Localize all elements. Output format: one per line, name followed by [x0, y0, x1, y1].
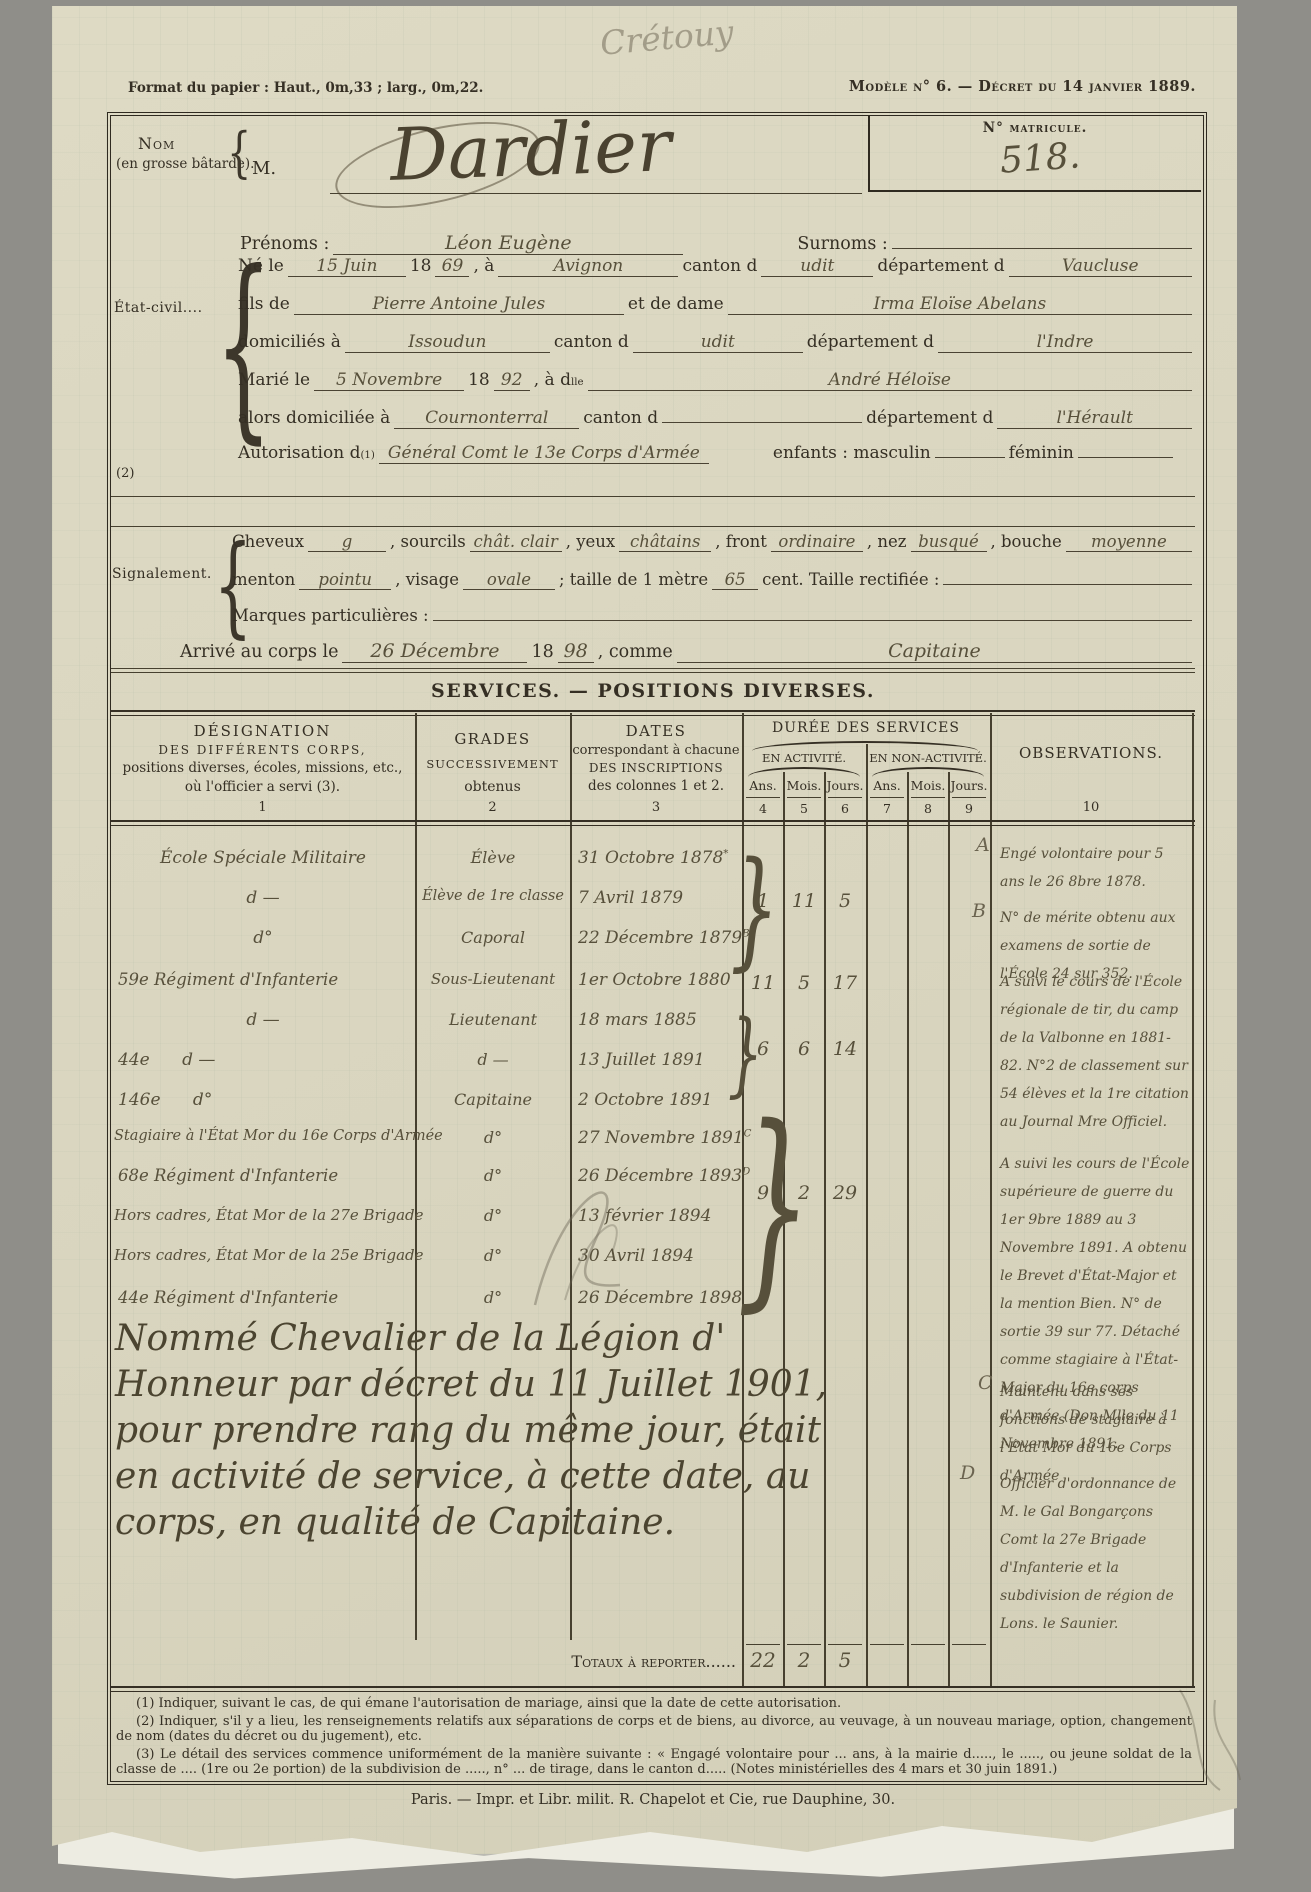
totaux-label: Totaux à reporter...... — [440, 1652, 736, 1671]
arrive-date-value: 26 Décembre — [342, 640, 527, 663]
marriage-year-value: 92 — [494, 370, 530, 391]
header-num-10: 10 — [990, 800, 1192, 815]
dur4-ans: 9 — [744, 1182, 782, 1204]
row-date-6-text: 13 Juillet 1891 — [578, 1050, 705, 1070]
title-rule-a — [111, 668, 1195, 669]
header-duree: DURÉE DES SERVICES — [742, 720, 990, 736]
birth-date-value: 15 Juin — [288, 256, 406, 277]
taille-value: 65 — [712, 570, 758, 590]
dur4-jours: 29 — [826, 1182, 864, 1204]
sourcils-value: chât. clair — [470, 532, 562, 552]
header-grades-l1: GRADES — [415, 730, 570, 748]
row-corps-3: d° — [118, 928, 408, 948]
margin-mark-C: C — [978, 1372, 993, 1394]
row-corps-11: Hors cadres, État Mor de la 25e Brigade — [114, 1246, 414, 1264]
visage-value: ovale — [463, 570, 555, 590]
departement-value-3: l'Hérault — [997, 408, 1192, 429]
row-grade-1: Élève — [418, 848, 568, 867]
sub-rule-1 — [746, 797, 780, 798]
arrive-label: Arrivé au corps le — [180, 642, 338, 662]
ne-a-label: , à — [473, 256, 494, 276]
feminin-label: féminin — [1009, 443, 1074, 463]
footnotes-top-rule — [111, 1686, 1195, 1692]
surnoms-blank — [892, 248, 1192, 249]
note-line-2: Honneur par décret du 11 Juillet 1901, — [115, 1362, 827, 1408]
sub-rule-3 — [828, 797, 862, 798]
row-corps-1: École Spéciale Militaire — [118, 848, 408, 868]
row-date-7: 2 Octobre 1891 — [578, 1090, 712, 1110]
a-dlle-label: , à d — [534, 370, 571, 390]
tot-rule-3 — [828, 1644, 862, 1645]
matricule-label: N° matricule. — [880, 120, 1190, 136]
spouse-name-value: André Héloïse — [588, 370, 1193, 391]
services-title: SERVICES. — POSITIONS DIVERSES. — [107, 680, 1199, 702]
sub-num-5: 5 — [784, 801, 824, 816]
yeux-label: , yeux — [566, 532, 616, 551]
pencil-flourish — [505, 1140, 655, 1320]
taille-label: ; taille de 1 mètre — [559, 570, 708, 589]
obs-paragraph-3: A suivi le cours de l'École régionale de… — [1000, 968, 1192, 1136]
header-dates-l2: correspondant à chacune — [570, 743, 742, 758]
nom-brace — [227, 126, 251, 180]
tot-rule-4 — [870, 1644, 904, 1645]
printer-imprint: Paris. — Impr. et Libr. milit. R. Chapel… — [107, 1792, 1199, 1808]
canton-label-2: canton d — [554, 332, 629, 352]
header-designation: DÉSIGNATION DES DIFFÉRENTS CORPS, positi… — [110, 722, 415, 795]
menton-label: menton — [232, 570, 295, 589]
father-name-value: Pierre Antoine Jules — [294, 294, 624, 315]
dur4-mois: 2 — [785, 1182, 823, 1204]
row-date-1-mark: * — [723, 848, 728, 859]
header-designation-l1: DÉSIGNATION — [110, 722, 415, 740]
row-grade-5: Lieutenant — [418, 1010, 568, 1029]
header-dates: DATES correspondant à chacune DES INSCRI… — [570, 722, 742, 794]
obs-paragraph-6: Officier d'ordonnance de M. le Gal Bonga… — [1000, 1470, 1192, 1638]
row-corps-12: 44e Régiment d'Infanterie — [118, 1288, 414, 1307]
dur2-jours: 17 — [826, 972, 864, 994]
feminin-blank — [1078, 457, 1173, 458]
birth-place-value: Avignon — [498, 256, 678, 277]
paper-format-label: Format du papier : Haut., 0m,33 ; larg.,… — [128, 80, 483, 96]
row-date-4: 1er Octobre 1880 — [578, 970, 731, 990]
modele-label: Modèle n° 6. — Décret du 14 janvier 1889… — [700, 78, 1196, 95]
header-designation-l4: où l'officier a servi (3). — [110, 779, 415, 795]
row-date-2-text: 7 Avril 1879 — [578, 888, 683, 908]
sub-rule-5 — [911, 797, 945, 798]
birth-year-value: 69 — [435, 256, 469, 277]
sub-jours-2: Jours. — [949, 778, 989, 793]
duration-brace-3 — [737, 1098, 812, 1313]
row-corps-5: d — — [118, 1010, 408, 1030]
bouche-value: moyenne — [1066, 532, 1192, 552]
header-dates-l3: DES INSCRIPTIONS — [570, 761, 742, 775]
section-rule-1 — [111, 496, 1195, 497]
departement-label-1: département d — [877, 256, 1004, 276]
arrive-grade-value: Capitaine — [677, 640, 1192, 663]
totaux-mois: 2 — [785, 1648, 823, 1672]
alors-domiciliee-label: alors domiciliée à — [238, 408, 390, 428]
autorisation-value: Général Comt le 13e Corps d'Armée — [379, 443, 709, 464]
fils-de-label: fils de — [238, 294, 290, 314]
canton-label-1: canton d — [682, 256, 757, 276]
front-value: ordinaire — [771, 532, 863, 552]
row-grade-7: Capitaine — [418, 1090, 568, 1109]
header-num-2: 2 — [415, 800, 570, 815]
departement-value-2: l'Indre — [938, 332, 1192, 353]
header-dates-l4: des colonnes 1 et 2. — [570, 778, 742, 794]
departement-label-3: département d — [866, 408, 993, 428]
departement-value-1: Vaucluse — [1009, 256, 1192, 277]
title-rule-b — [111, 672, 1195, 673]
margin-mark-D: D — [960, 1462, 975, 1484]
cheveux-value: g — [308, 532, 386, 552]
etat-civil-label: État-civil.... — [114, 300, 203, 316]
signalement-label: Signalement. — [112, 566, 212, 582]
cheveux-label: Cheveux — [232, 532, 304, 551]
autorisation-sup: (1) — [360, 450, 374, 461]
row-grade-6: d — — [418, 1050, 568, 1069]
legion-honneur-note: Nommé Chevalier de la Légion d' Honneur … — [115, 1316, 827, 1546]
row-date-4-text: 1er Octobre 1880 — [578, 970, 731, 990]
footnote-1: (1) Indiquer, suivant le cas, de qui éma… — [116, 1696, 1192, 1712]
row-date-3: 22 Décembre 1879B — [578, 928, 750, 948]
dlle-sup: lle — [571, 377, 584, 388]
marie-le-label: Marié le — [238, 370, 310, 390]
sub-num-7: 7 — [867, 801, 907, 816]
front-label: , front — [715, 532, 767, 551]
enfants-masculin-label: enfants : masculin — [773, 443, 931, 463]
header-num-3: 3 — [570, 800, 742, 815]
section-rule-2 — [111, 526, 1195, 527]
autorisation-label: Autorisation d — [238, 443, 360, 463]
sub-num-4: 4 — [743, 801, 783, 816]
totaux-jours: 5 — [826, 1648, 864, 1672]
margin-mark-A: A — [976, 834, 990, 856]
nez-value: busqué — [911, 532, 987, 552]
row-corps-6: 44e d — — [118, 1050, 414, 1070]
margin-mark-B: B — [972, 900, 986, 922]
ne-year-prefix: 18 — [410, 256, 432, 276]
totaux-ans: 22 — [744, 1648, 782, 1672]
footnote-3: (3) Le détail des services commence unif… — [116, 1747, 1192, 1778]
visage-label: , visage — [395, 570, 459, 589]
sub-num-9: 9 — [949, 801, 989, 816]
dur3-jours: 14 — [826, 1038, 864, 1060]
departement-label-2: département d — [807, 332, 934, 352]
marques-blank — [433, 620, 1192, 621]
sub-ans-2: Ans. — [867, 778, 907, 793]
tot-rule-5 — [911, 1644, 945, 1645]
sub-rule-6 — [952, 797, 986, 798]
row-date-6: 13 Juillet 1891 — [578, 1050, 705, 1070]
row-grade-2: Élève de 1re classe — [418, 888, 568, 904]
col-line-8 — [948, 772, 950, 1688]
col-line-10 — [1192, 713, 1194, 1688]
surnoms-label: Surnoms : — [797, 234, 887, 254]
menton-value: pointu — [299, 570, 391, 590]
col-line-9 — [990, 713, 992, 1688]
header-grades-l2: SUCCESSIVEMENT — [415, 757, 570, 771]
taille-rectifiee-label: cent. Taille rectifiée : — [762, 570, 939, 589]
footnotes: (1) Indiquer, suivant le cas, de qui éma… — [116, 1696, 1192, 1780]
col-line-7 — [907, 772, 909, 1688]
dur2-ans: 11 — [744, 972, 782, 994]
footnote-2: (2) Indiquer, s'il y a lieu, les renseig… — [116, 1714, 1192, 1745]
row-date-7-text: 2 Octobre 1891 — [578, 1090, 712, 1110]
mother-name-value: Irma Eloïse Abelans — [728, 294, 1192, 315]
sub-num-8: 8 — [908, 801, 948, 816]
obs-paragraph-1: Engé volontaire pour 5 ans le 26 8bre 18… — [1000, 840, 1192, 896]
sub-mois-2: Mois. — [908, 778, 948, 793]
masculin-blank — [935, 457, 1005, 458]
marriage-date-value: 5 Novembre — [314, 370, 464, 391]
note2-ref: (2) — [116, 466, 134, 481]
tot-rule-1 — [746, 1644, 780, 1645]
header-activite: EN ACTIVITÉ. — [742, 751, 866, 765]
domicile-value: Issoudun — [345, 332, 550, 353]
dur3-ans: 6 — [744, 1038, 782, 1060]
row-grade-4: Sous-Lieutenant — [418, 970, 568, 988]
row-corps-8: Stagiaire à l'État Mor du 16e Corps d'Ar… — [114, 1128, 414, 1144]
yeux-value: châtains — [619, 532, 711, 552]
dur3-mois: 6 — [785, 1038, 823, 1060]
canton-value-2: udit — [633, 332, 803, 353]
header-non-activite: EN NON-ACTIVITÉ. — [866, 751, 990, 765]
nom-label: Nom — [138, 134, 175, 153]
header-grades: GRADES SUCCESSIVEMENT obtenus — [415, 730, 570, 795]
sub-rule-4 — [870, 797, 904, 798]
dur2-mois: 5 — [785, 972, 823, 994]
col-line-6 — [866, 744, 868, 1688]
dur1-jours: 5 — [826, 890, 864, 912]
domicilies-label: domiciliés à — [238, 332, 341, 352]
prenoms-value: Léon Eugène — [333, 232, 683, 255]
taille-rectifiee-blank — [943, 584, 1192, 585]
header-grades-l3: obtenus — [415, 779, 570, 795]
note-line-3: pour prendre rang du même jour, était — [115, 1408, 827, 1454]
row-corps-4: 59e Régiment d'Infanterie — [118, 970, 414, 989]
header-bottom-rule — [111, 820, 1195, 826]
bouche-label: , bouche — [991, 532, 1062, 551]
row-date-1-text: 31 Octobre 1878 — [578, 848, 723, 868]
row-corps-9: 68e Régiment d'Infanterie — [118, 1166, 414, 1185]
header-num-1: 1 — [110, 800, 415, 815]
et-de-dame-label: et de dame — [628, 294, 724, 314]
sub-num-6: 6 — [825, 801, 865, 816]
arrive-year-prefix: 18 — [531, 642, 553, 662]
row-date-1: 31 Octobre 1878* — [578, 848, 728, 868]
tot-rule-6 — [952, 1644, 986, 1645]
dur1-mois: 11 — [785, 890, 823, 912]
marie-year-prefix: 18 — [468, 370, 490, 390]
sub-jours-1: Jours. — [825, 778, 865, 793]
sub-rule-2 — [787, 797, 821, 798]
nez-label: , nez — [867, 532, 907, 551]
header-designation-l2: DES DIFFÉRENTS CORPS, — [110, 743, 415, 757]
sourcils-label: , sourcils — [390, 532, 466, 551]
row-date-5: 18 mars 1885 — [578, 1010, 697, 1030]
sub-ans-1: Ans. — [743, 778, 783, 793]
row-corps-10: Hors cadres, État Mor de la 27e Brigade — [114, 1206, 414, 1224]
row-date-2: 7 Avril 1879 — [578, 888, 683, 908]
header-dates-l1: DATES — [570, 722, 742, 740]
m-label: M. — [252, 158, 276, 179]
dur1-ans: 1 — [744, 890, 782, 912]
canton-blank-3 — [662, 422, 862, 423]
canton-value-1: udit — [761, 256, 873, 277]
ne-le-label: Né le — [238, 256, 284, 276]
sub-mois-1: Mois. — [784, 778, 824, 793]
spouse-domicile-value: Cournonterral — [394, 408, 579, 429]
marques-label: Marques particulières : — [232, 606, 429, 625]
row-corps-2: d — — [118, 888, 408, 908]
surname-value: Dardier — [389, 103, 673, 197]
note-line-1: Nommé Chevalier de la Légion d' — [115, 1316, 827, 1362]
note-line-4: en activité de service, à cette date, au — [115, 1454, 827, 1500]
note-line-5: corps, en qualité de Capitaine. — [115, 1500, 827, 1546]
table-top-rule — [111, 710, 1195, 716]
row-date-3-text: 22 Décembre 1879 — [578, 928, 742, 948]
row-date-5-text: 18 mars 1885 — [578, 1010, 697, 1030]
header-observations: OBSERVATIONS. — [990, 744, 1192, 762]
tot-rule-2 — [787, 1644, 821, 1645]
comme-label: , comme — [598, 642, 673, 662]
matricule-value: 518. — [999, 135, 1082, 181]
row-grade-3: Caporal — [418, 928, 568, 947]
row-corps-7: 146e d° — [118, 1090, 414, 1110]
scanned-military-record: Crétouy Format du papier : Haut., 0m,33 … — [0, 0, 1311, 1892]
canton-label-3: canton d — [583, 408, 658, 428]
arrive-year-value: 98 — [558, 640, 594, 663]
header-designation-l3: positions diverses, écoles, missions, et… — [110, 760, 415, 776]
